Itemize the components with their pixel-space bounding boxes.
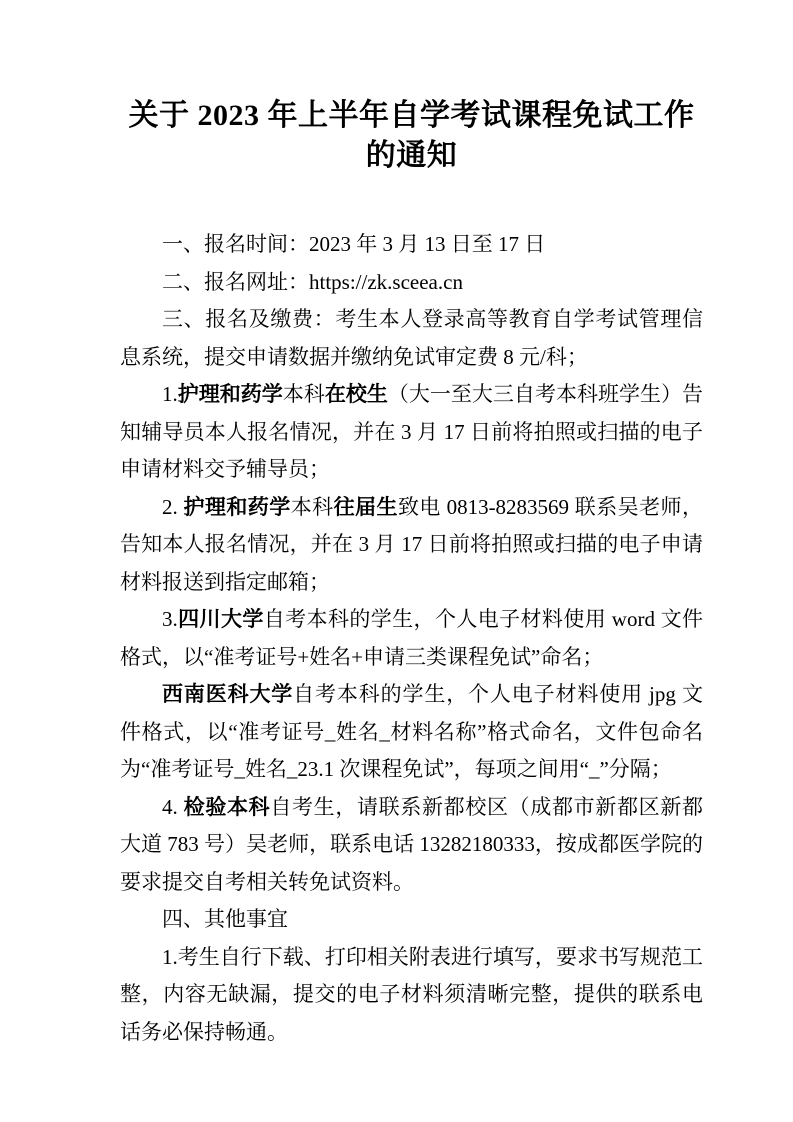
text-run: 西南医科大学 xyxy=(162,682,293,706)
paragraph: 3.四川大学自考本科的学生，个人电子材料使用 word 文件格式，以“准考证号+… xyxy=(120,601,703,676)
paragraph: 一、报名时间：2023 年 3 月 13 日至 17 日 xyxy=(120,226,703,264)
text-run: 1. xyxy=(162,382,178,406)
document-title: 关于 2023 年上半年自学考试课程免试工作的通知 xyxy=(120,96,703,176)
document-content: 关于 2023 年上半年自学考试课程免试工作的通知 一、报名时间：2023 年 … xyxy=(0,96,793,1051)
paragraph: 二、报名网址：https://zk.sceea.cn xyxy=(120,264,703,302)
paragraph: 西南医科大学自考本科的学生，个人电子材料使用 jpg 文件格式，以“准考证号_姓… xyxy=(120,676,703,789)
text-run: 检验本科 xyxy=(184,795,271,819)
paragraph: 1.考生自行下载、打印相关附表进行填写，要求书写规范工整，内容无缺漏，提交的电子… xyxy=(120,939,703,1052)
text-run: 一、报名时间：2023 年 3 月 13 日至 17 日 xyxy=(162,232,545,256)
text-run: 四川大学 xyxy=(178,607,264,631)
text-run: 护理和药学 xyxy=(183,495,290,519)
text-run: 二、报名网址：https://zk.sceea.cn xyxy=(162,270,463,294)
paragraph: 四、其他事宜 xyxy=(120,901,703,939)
text-run: 本科 xyxy=(283,382,325,406)
paragraph: 三、报名及缴费：考生本人登录高等教育自学考试管理信息系统，提交申请数据并缴纳免试… xyxy=(120,301,703,376)
paragraph: 2. 护理和药学本科往届生致电 0813-8283569 联系吴老师，告知本人报… xyxy=(120,489,703,602)
text-run: 1.考生自行下载、打印相关附表进行填写，要求书写规范工整，内容无缺漏，提交的电子… xyxy=(120,945,703,1044)
text-run: 往届生 xyxy=(334,495,398,519)
document-page: 关于 2023 年上半年自学考试课程免试工作的通知 一、报名时间：2023 年 … xyxy=(0,0,793,1122)
paragraph: 4. 检验本科自考生，请联系新都校区（成都市新都区新都大道 783 号）吴老师，… xyxy=(120,789,703,902)
text-run: 四、其他事宜 xyxy=(162,907,288,931)
text-run: 3. xyxy=(162,607,178,631)
text-run: 本科 xyxy=(291,495,334,519)
text-run: 护理和药学 xyxy=(178,382,283,406)
text-run: 三、报名及缴费：考生本人登录高等教育自学考试管理信息系统，提交申请数据并缴纳免试… xyxy=(120,307,703,369)
paragraph: 1.护理和药学本科在校生（大一至大三自考本科班学生）告知辅导员本人报名情况，并在… xyxy=(120,376,703,489)
text-run: 2. xyxy=(162,495,183,519)
document-body: 一、报名时间：2023 年 3 月 13 日至 17 日二、报名网址：https… xyxy=(120,226,703,1051)
text-run: 在校生 xyxy=(325,382,388,406)
text-run: 4. xyxy=(162,795,184,819)
